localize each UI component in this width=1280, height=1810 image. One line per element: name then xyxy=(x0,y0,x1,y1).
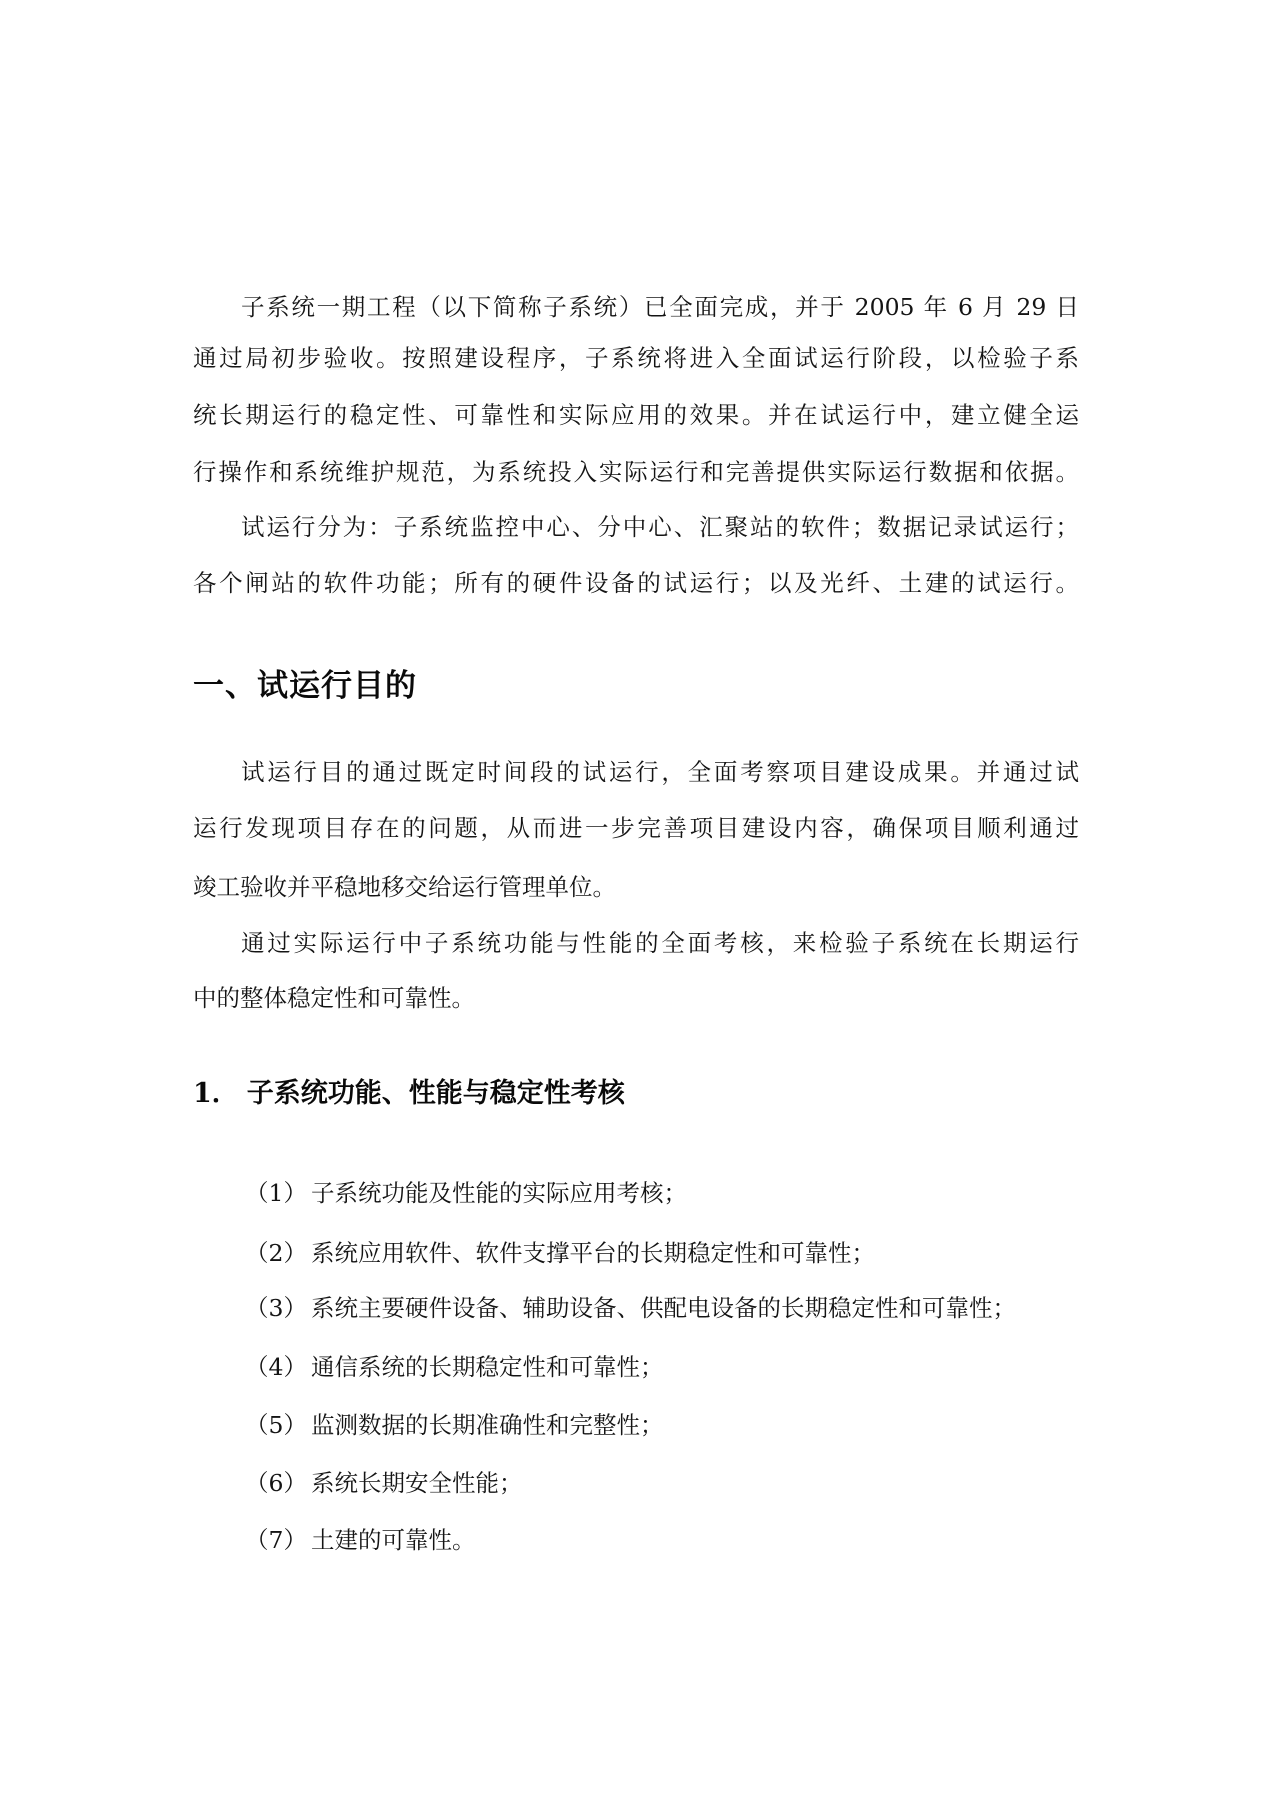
list-item-marker: （1） xyxy=(245,1179,307,1207)
subsection-heading: 1．子系统功能、性能与稳定性考核 xyxy=(193,1076,625,1112)
section1-paragraph-2-line-1: 通过实际运行中子系统功能与性能的全面考核，来检验子系统在长期运行 xyxy=(241,928,1079,958)
intro-paragraph-2-line-2: 各个闸站的软件功能；所有的硬件设备的试运行；以及光纤、土建的试运行。 xyxy=(193,568,1079,598)
section1-paragraph-1-line-2: 运行发现项目存在的问题，从而进一步完善项目建设内容，确保项目顺利通过 xyxy=(193,813,1079,843)
subsection-number: 1． xyxy=(193,1078,239,1109)
section1-paragraph-1-line-3: 竣工验收并平稳地移交给运行管理单位。 xyxy=(193,872,1079,902)
list-item-text: 子系统功能及性能的实际应用考核； xyxy=(311,1179,687,1207)
list-item-marker: （6） xyxy=(245,1469,307,1497)
list-item-marker: （4） xyxy=(245,1353,307,1381)
list-item-marker: （5） xyxy=(245,1411,307,1439)
section1-paragraph-1-line-1: 试运行目的通过既定时间段的试运行，全面考察项目建设成果。并通过试 xyxy=(241,757,1079,787)
intro-paragraph-1-line-2: 通过局初步验收。按照建设程序，子系统将进入全面试运行阶段，以检验子系 xyxy=(193,343,1079,373)
list-item: （3）系统主要硬件设备、辅助设备、供配电设备的长期稳定性和可靠性； xyxy=(245,1293,1016,1323)
list-item-marker: （2） xyxy=(245,1239,307,1267)
section-heading-purpose: 一、试运行目的 xyxy=(193,666,417,706)
subsection-title: 子系统功能、性能与稳定性考核 xyxy=(247,1078,625,1109)
list-item: （1）子系统功能及性能的实际应用考核； xyxy=(245,1178,687,1208)
list-item-text: 系统主要硬件设备、辅助设备、供配电设备的长期稳定性和可靠性； xyxy=(311,1294,1016,1322)
intro-paragraph-1-line-4: 行操作和系统维护规范，为系统投入实际运行和完善提供实际运行数据和依据。 xyxy=(193,457,1079,487)
list-item: （5）监测数据的长期准确性和完整性； xyxy=(245,1410,663,1440)
list-item-marker: （3） xyxy=(245,1294,307,1322)
document-page: 子系统一期工程（以下简称子系统）已全面完成，并于 2005 年 6 月 29 日… xyxy=(0,0,1280,1810)
list-item: （6）系统长期安全性能； xyxy=(245,1468,522,1498)
intro-paragraph-1-line-1: 子系统一期工程（以下简称子系统）已全面完成，并于 2005 年 6 月 29 日 xyxy=(241,292,1079,322)
list-item-text: 系统应用软件、软件支撑平台的长期稳定性和可靠性； xyxy=(311,1239,875,1267)
list-item-text: 系统长期安全性能； xyxy=(311,1469,523,1497)
list-item: （2）系统应用软件、软件支撑平台的长期稳定性和可靠性； xyxy=(245,1238,875,1268)
list-item: （7）土建的可靠性。 xyxy=(245,1525,475,1555)
section1-paragraph-2-line-2: 中的整体稳定性和可靠性。 xyxy=(193,983,1079,1013)
list-item: （4）通信系统的长期稳定性和可靠性； xyxy=(245,1352,663,1382)
list-item-marker: （7） xyxy=(245,1526,307,1554)
list-item-text: 通信系统的长期稳定性和可靠性； xyxy=(311,1353,664,1381)
intro-paragraph-1-line-3: 统长期运行的稳定性、可靠性和实际应用的效果。并在试运行中，建立健全运 xyxy=(193,400,1079,430)
list-item-text: 土建的可靠性。 xyxy=(311,1526,476,1554)
list-item-text: 监测数据的长期准确性和完整性； xyxy=(311,1411,664,1439)
intro-paragraph-2-line-1: 试运行分为：子系统监控中心、分中心、汇聚站的软件；数据记录试运行； xyxy=(241,512,1079,542)
